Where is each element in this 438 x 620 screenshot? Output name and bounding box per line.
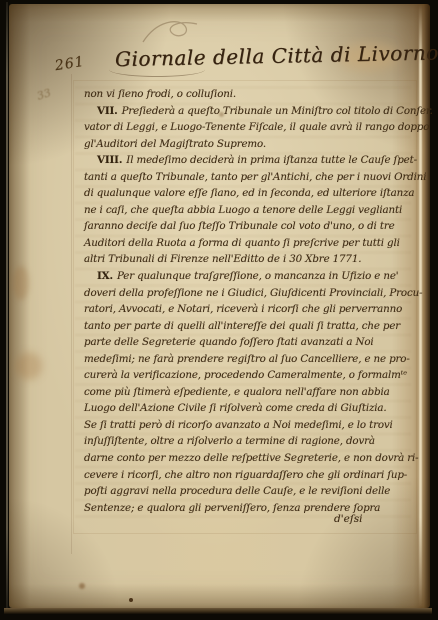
manuscript-photo: 261 33 Giornale della Città di Livorno n…: [0, 0, 438, 620]
manuscript-line: medeſimi; ne farà prendere regiſtro al ſ…: [84, 351, 414, 368]
marginalia-mark: 33: [35, 86, 52, 103]
manuscript-page: 261 33 Giornale della Città di Livorno n…: [9, 4, 430, 608]
manuscript-line-article-viii: VIII.Il medeſimo deciderà in prima iſtan…: [84, 152, 414, 169]
neighbor-page-edge: [6, 2, 8, 614]
manuscript-line: Sentenze; e qualora gli perveniſſero, ſe…: [84, 500, 414, 517]
manuscript-line: vator di Leggi, e Luogo-Tenente Fiſcale,…: [84, 119, 414, 136]
manuscript-text-block: non vi ſieno frodi, o colluſioni. VII.Pr…: [84, 86, 414, 516]
manuscript-line: ratori, Avvocati, e Notari, riceverà i r…: [84, 301, 414, 318]
manuscript-line: tanti a queſto Tribunale, tanto per gl'A…: [84, 169, 414, 186]
manuscript-line: altri Tribunali di Firenze nell'Editto d…: [84, 251, 414, 268]
manuscript-line: curerà la verificazione, procedendo Came…: [84, 367, 414, 384]
ink-stain: [16, 352, 42, 380]
manuscript-line: gl'Auditori del Magiſtrato Supremo.: [84, 136, 414, 153]
manuscript-line: ne i caſi, che queſta abbia Luogo a teno…: [84, 202, 414, 219]
fold-crease: [71, 74, 72, 554]
manuscript-line-text: Il medeſimo deciderà in prima iſtanza tu…: [126, 154, 417, 166]
manuscript-line: darne conto per mezzo delle reſpettive S…: [84, 450, 414, 467]
manuscript-line: doveri della profeſſione ne i Giudici, G…: [84, 285, 414, 302]
manuscript-line: tanto per parte di quelli all'intereſſe …: [84, 318, 414, 335]
manuscript-line: parte delle Segreterie quando foſſero ſt…: [84, 334, 414, 351]
title-underswash: [109, 62, 205, 77]
article-numeral: VIII.: [97, 154, 122, 166]
manuscript-line: poſti aggravi nella procedura delle Cauſ…: [84, 483, 414, 500]
catchword: d'eſsi: [334, 513, 362, 525]
calligraphic-flourish-icon: [139, 18, 209, 46]
manuscript-line-text: Per qualunque traſgreſſione, o mancanza …: [117, 270, 399, 282]
manuscript-line-article-ix: IX.Per qualunque traſgreſſione, o mancan…: [84, 268, 414, 285]
book-page-edges: [4, 608, 432, 614]
manuscript-line: come più ſtimerà eſpediente, e qualora n…: [84, 384, 414, 401]
manuscript-line: non vi ſieno frodi, o colluſioni.: [84, 86, 414, 103]
manuscript-line-article-vii: VII.Preſiederà a queſto Tribunale un Min…: [84, 103, 414, 120]
ink-stain: [13, 266, 29, 300]
folio-number: 261: [54, 54, 86, 74]
ink-spot: [79, 583, 85, 589]
manuscript-line: cevere i ricorſi, che altro non riguarda…: [84, 467, 414, 484]
page-curl-highlight: [419, 4, 422, 608]
manuscript-line: Luogo dell'Azione Civile ſi riſolverà co…: [84, 400, 414, 417]
article-numeral: IX.: [97, 270, 113, 282]
article-numeral: VII.: [97, 105, 118, 117]
manuscript-line: di qualunque valore eſſe ſiano, ed in ſe…: [84, 185, 414, 202]
manuscript-line: Se ſi tratti però di ricorſo avanzato a …: [84, 417, 414, 434]
ink-spot: [129, 598, 133, 602]
manuscript-line: ſaranno deciſe dal ſuo ſteſſo Tribunale …: [84, 218, 414, 235]
manuscript-line-text: Preſiederà a queſto Tribunale un Miniſtr…: [122, 105, 433, 117]
manuscript-line: Auditori della Ruota a forma di quanto ſ…: [84, 235, 414, 252]
manuscript-line: inſuſſiſtente, oltre a riſolverlo a term…: [84, 433, 414, 450]
